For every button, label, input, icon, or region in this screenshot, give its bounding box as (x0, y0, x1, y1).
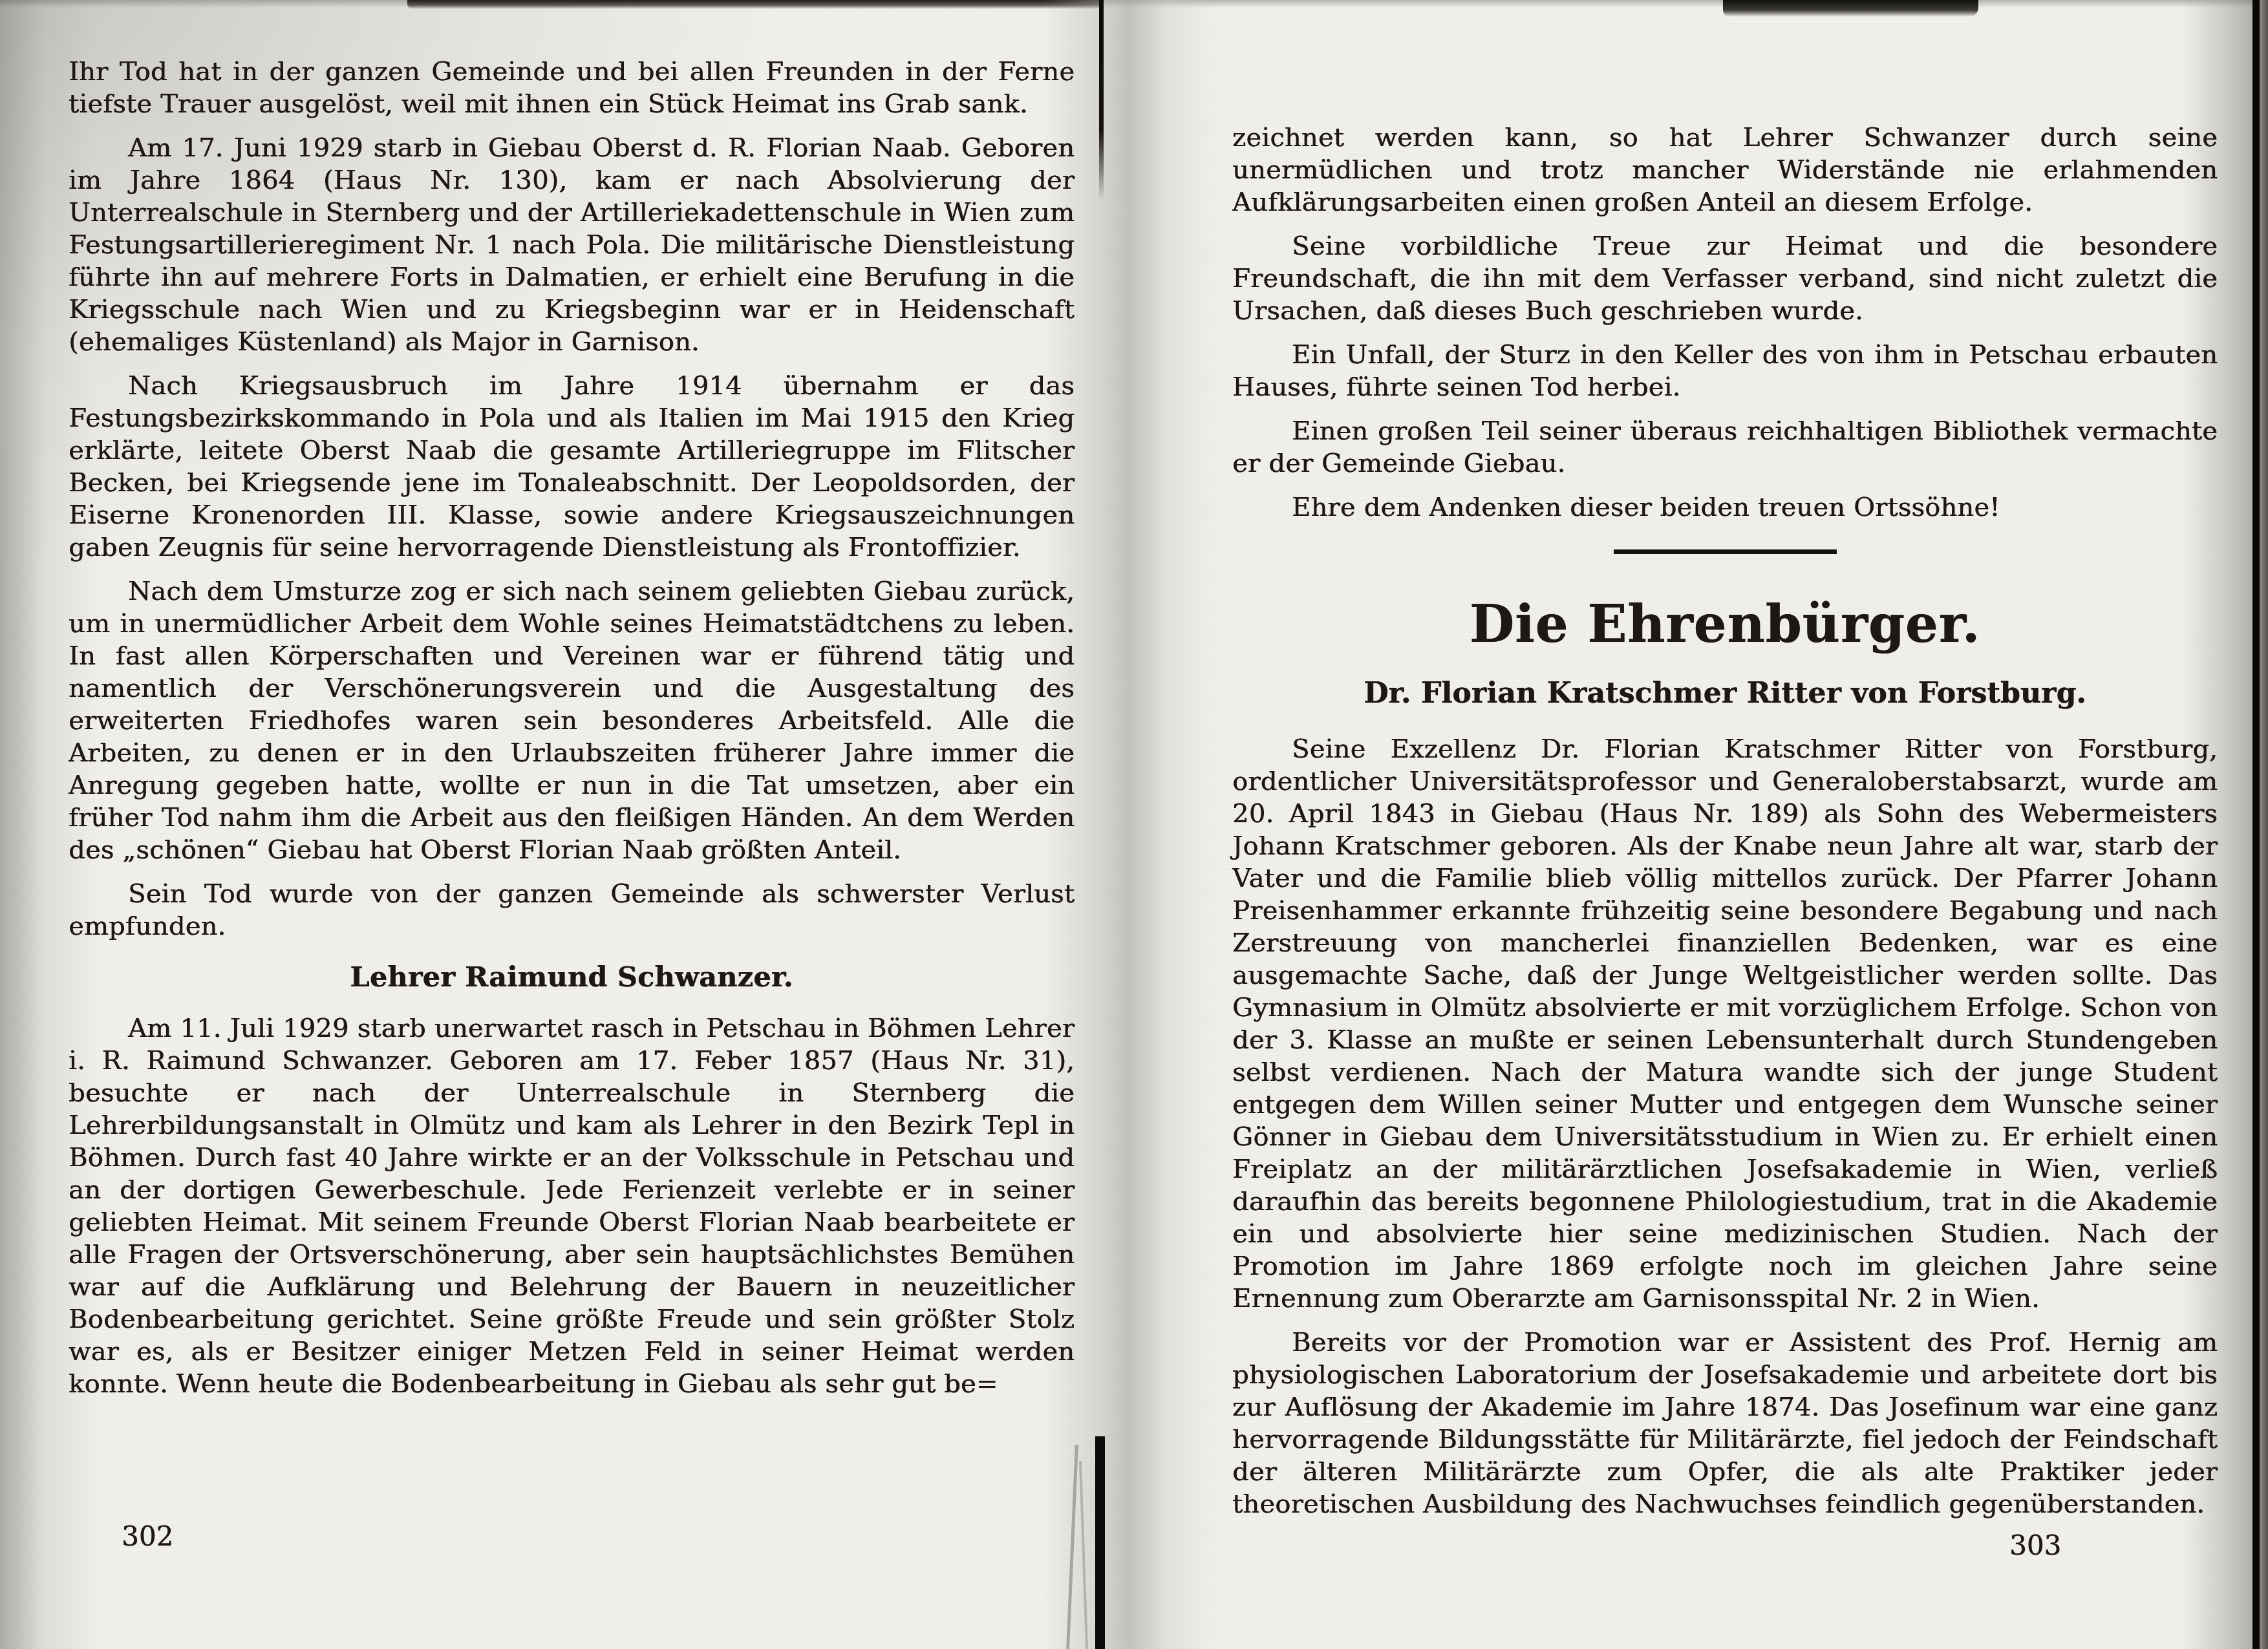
divider-rule (1614, 549, 1837, 554)
paragraph: Seine vorbildliche Treue zur Heimat und … (1232, 230, 2218, 327)
paragraph: Ihr Tod hat in der ganzen Gemeinde und b… (69, 56, 1075, 120)
paragraph: zeichnet werden kann, so hat Lehrer Schw… (1232, 122, 2218, 218)
section-heading: Lehrer Raimund Schwanzer. (69, 961, 1075, 995)
chapter-heading: Die Ehrenbürger. (1232, 591, 2218, 656)
scan-right-edge-line (2252, 0, 2260, 1649)
scan-right-edge-strip (2260, 0, 2268, 1649)
paragraph: Am 11. Juli 1929 starb unerwartet rasch … (69, 1012, 1075, 1400)
left-page-text: Ihr Tod hat in der ganzen Gemeinde und b… (69, 56, 1075, 1412)
chapter-subheading: Dr. Florian Kratschmer Ritter von Forstb… (1232, 676, 2218, 711)
book-gutter-fold-line-top (1099, 0, 1104, 200)
scan-top-ink-smear (407, 0, 1102, 9)
paragraph: Ein Unfall, der Sturz in den Keller des … (1232, 339, 2218, 403)
paragraph: Nach Kriegsausbruch im Jahre 1914 überna… (69, 370, 1075, 564)
right-page-text: zeichnet werden kann, so hat Lehrer Schw… (1232, 122, 2218, 1532)
book-gutter-fold-line-bottom (1095, 1436, 1105, 1649)
paragraph: Sein Tod wurde von der ganzen Gemeinde a… (69, 878, 1075, 942)
paragraph: Ehre dem Andenken dieser beiden treuen O… (1232, 491, 2218, 524)
paragraph: Einen großen Teil seiner überaus reichha… (1232, 415, 2218, 480)
scan-top-right-ink-blob (1723, 0, 1978, 17)
scan-top-edge-shading (0, 0, 2268, 8)
paragraph: Seine Exzellenz Dr. Florian Kratschmer R… (1232, 733, 2218, 1315)
book-gutter-paper-tear (1066, 1445, 1078, 1649)
page-number-left: 302 (122, 1520, 173, 1552)
paragraph: Am 17. Juni 1929 starb in Giebau Oberst … (69, 132, 1075, 358)
paragraph: Bereits vor der Promotion war er Assiste… (1232, 1326, 2218, 1520)
paragraph: Nach dem Umsturze zog er sich nach seine… (69, 575, 1075, 866)
page-number-right: 303 (2009, 1529, 2061, 1561)
book-gutter-paper-tear (1079, 1461, 1088, 1649)
